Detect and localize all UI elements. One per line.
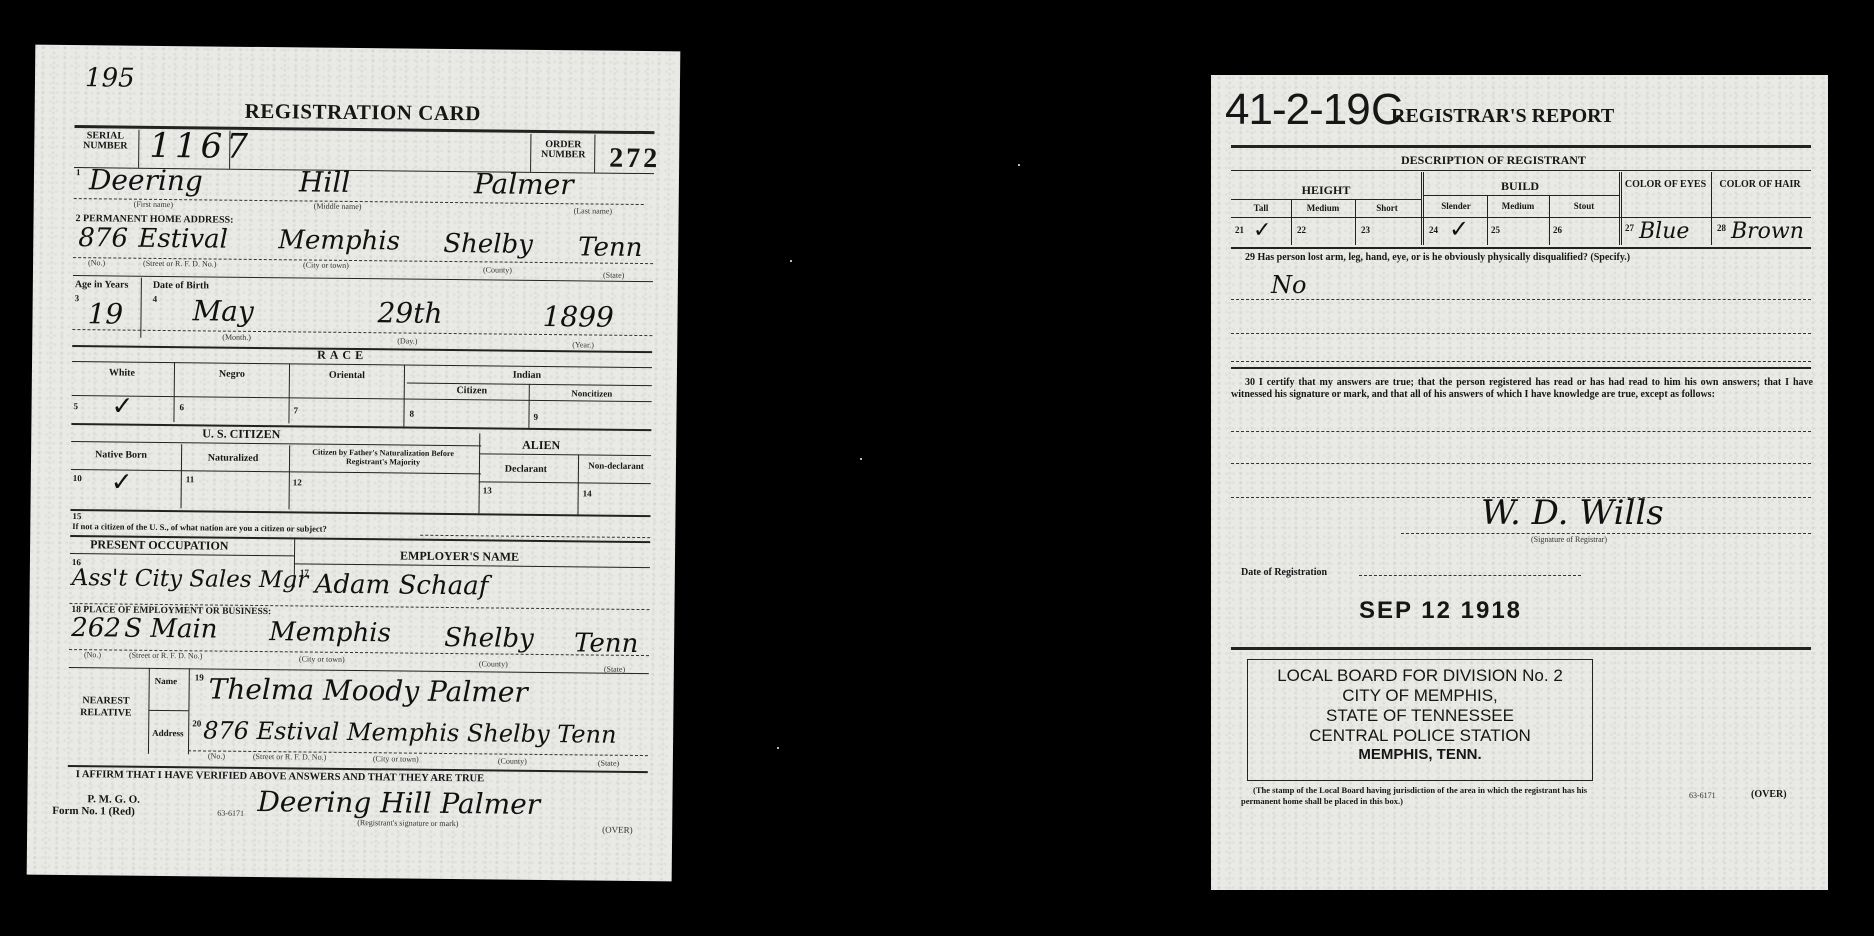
rule [1231,199,1421,200]
relative-caption-county: (County) [498,757,527,766]
home-address-state: Tenn [578,232,643,263]
occupation-value: Ass't City Sales Mgr [72,565,309,593]
birth-day-caption: (Day.) [397,336,417,345]
build-medium-label: Medium [1487,201,1549,211]
employment-caption-county: (County) [479,659,508,668]
board-stamp-box: LOCAL BOARD FOR DIVISION No. 2 CITY OF M… [1247,659,1593,781]
relative-address-label: Address [152,728,183,738]
race-indian-label: Indian [412,369,642,382]
address-caption-city: (City or town) [303,260,349,269]
form-id-line2: Form No. 1 (Red) [52,805,135,818]
registrar-report-card: 41-2-19 C REGISTRAR'S REPORT DESCRIPTION… [1211,75,1828,890]
field-number: 15 [72,511,81,521]
native-born-label: Native Born [71,449,171,461]
birth-label: Date of Birth [153,280,209,292]
rule [1231,170,1811,171]
field-number: 19 [195,672,204,682]
birth-year-caption: (Year.) [572,340,594,349]
report-title: REGISTRAR'S REPORT [1391,105,1614,128]
rule [1711,172,1712,245]
field-number: 8 [409,409,414,419]
home-address-street: Estival [138,224,228,255]
board-stamp-line: CENTRAL POLICE STATION [1248,726,1592,746]
board-stamp-line: MEMPHIS, TENN. [1248,746,1592,763]
relative-caption-no: (No.) [208,751,225,760]
height-medium-label: Medium [1291,203,1355,213]
relative-address: 876 Estival Memphis Shelby Tenn [203,716,617,748]
field-number: 21 [1235,225,1244,235]
race-indian-noncitizen-label: Noncitizen [532,388,652,399]
q29-answer: No [1271,271,1306,299]
home-address-no: 876 [78,223,128,254]
board-stamp-line: CITY OF MEMPHIS, [1248,686,1592,706]
hair-value: Brown [1731,219,1804,244]
naturalized-label: Naturalized [183,452,283,464]
height-short-label: Short [1355,203,1419,213]
field-number: 7 [293,405,298,415]
description-heading: DESCRIPTION OF REGISTRANT [1401,153,1586,168]
employment-caption-city: (City or town) [299,654,345,663]
nation-question: If not a citizen of the U. S., of what n… [72,521,327,534]
rule [1291,199,1292,245]
affirmation-text: I AFFIRM THAT I HAVE VERIFIED ABOVE ANSW… [76,769,485,784]
rule [1355,199,1356,245]
card-title: REGISTRATION CARD [245,99,481,126]
age-value: 19 [87,297,123,330]
over-label: (OVER) [602,825,633,835]
employer-value: Adam Schaaf [315,570,489,602]
build-stout-label: Stout [1551,201,1617,211]
rule [1487,195,1488,245]
rule [403,365,405,427]
height-tall-check: ✓ [1253,217,1271,243]
scan-speck [860,458,862,460]
registration-card: 195 REGISTRATION CARD SERIAL NUMBER 1167… [27,45,681,882]
native-born-check: ✓ [111,467,133,497]
employment-place-county: Shelby [444,623,534,654]
field-number: 14 [583,488,592,498]
first-name-caption: (First name) [134,200,173,209]
field-number: 26 [1553,225,1562,235]
field-number: 24 [1429,225,1438,235]
field-number: 6 [180,402,185,412]
eyes-heading: COLOR OF EYES [1623,179,1708,190]
relative-name-label: Name [155,676,178,686]
rule [530,134,531,172]
order-label: ORDER NUMBER [534,140,592,161]
rule [181,444,183,508]
rule [1231,333,1811,334]
race-oriental-label: Oriental [292,369,402,381]
address-caption-no: (No.) [88,258,105,267]
print-code: 63-6171 [217,809,244,818]
race-heading: RACE [292,347,392,363]
birth-year: 1899 [542,300,614,334]
eyes-value: Blue [1639,219,1689,244]
middle-name: Hill [299,165,351,199]
rule [1231,217,1811,218]
registrant-signature: Deering Hill Palmer [257,785,540,821]
middle-name-caption: (Middle name) [314,202,362,211]
stamp-note: (The stamp of the Local Board having jur… [1241,785,1601,807]
height-tall-label: Tall [1231,203,1291,213]
rule [70,509,650,517]
rule [1231,299,1811,300]
scan-speck [777,747,779,749]
rule [577,454,579,516]
field-number: 25 [1491,225,1500,235]
date-label: Date of Registration [1241,567,1327,578]
registration-date: SEP 12 1918 [1359,597,1522,625]
rule [1231,247,1811,249]
rule [528,384,529,428]
field-number: 23 [1361,225,1370,235]
rule [1231,463,1811,464]
rule [138,130,139,168]
birth-month: May [192,294,254,328]
field-number: 27 [1625,223,1634,233]
rule [594,135,595,173]
rule [1423,195,1619,196]
race-indian-citizen-label: Citizen [412,385,532,397]
rule [1231,431,1811,432]
employment-caption-no: (No.) [84,650,101,659]
rule [70,553,295,556]
build-slender-label: Slender [1425,201,1487,211]
rule [1231,367,1811,369]
field-number: 5 [74,401,79,411]
race-white-check: ✓ [111,391,133,421]
field-number: 20 [192,718,201,728]
employment-caption-street: (Street or R. F. D. No.) [129,651,202,661]
rule [288,363,290,423]
rule [1401,533,1811,534]
field-number: 10 [73,473,82,483]
us-citizen-heading: U. S. CITIZEN [111,425,371,443]
occupation-heading: PRESENT OCCUPATION [90,537,229,553]
fathers-naturalization-label: Citizen by Father's Naturalization Befor… [293,447,473,467]
serial-number: 1167 [149,126,252,167]
rule [1421,172,1424,245]
age-label: Age in Years [75,279,129,291]
over-label: (OVER) [1751,789,1787,800]
rule [1231,145,1811,148]
scan-speck [790,260,792,262]
field-number: 12 [293,477,302,487]
race-white-label: White [72,367,172,379]
serial-label: SERIAL NUMBER [76,131,134,152]
q30-text: 30 I certify that my answers are true; t… [1231,377,1813,401]
signature-caption: (Registrant's signature or mark) [357,818,458,828]
birth-day: 29th [377,296,442,330]
birth-month-caption: (Month.) [222,333,251,342]
field-number: 22 [1297,225,1306,235]
rule [1231,647,1811,650]
rule [420,535,650,538]
board-stamp-line: LOCAL BOARD FOR DIVISION No. 2 [1248,666,1592,686]
last-name-caption: (Last name) [574,206,613,215]
field-number: 17 [300,567,309,577]
registrar-signature: W. D. Wills [1481,493,1664,533]
race-negro-label: Negro [177,368,287,380]
rule [1549,195,1550,245]
corner-number: 195 [85,63,135,94]
employment-place-city: Memphis [269,617,391,648]
form-id-line1: P. M. G. O. [87,793,140,806]
field-number: 9 [533,412,538,422]
field-number: 1 [76,167,81,177]
build-heading: BUILD [1425,179,1615,194]
height-heading: HEIGHT [1231,183,1421,198]
rule [479,481,651,484]
order-number: 272 [609,143,660,176]
registrar-signature-caption: (Signature of Registrar) [1531,535,1607,544]
board-stamp-line: STATE OF TENNESSEE [1248,706,1592,726]
rule [1231,361,1811,362]
relative-caption-city: (City or town) [373,754,419,763]
relative-name: Thelma Moody Palmer [208,672,527,708]
employer-heading: EMPLOYER'S NAME [400,548,519,564]
build-slender-check: ✓ [1449,215,1469,244]
employment-place-street: S Main [124,614,218,645]
home-address-city: Memphis [278,225,400,256]
field-number: 13 [483,485,492,495]
nearest-relative-label: NEAREST RELATIVE [68,695,143,720]
relative-caption-street: (Street or R. F. D. No.) [253,752,326,762]
rule [148,710,188,711]
field-number: 28 [1717,223,1726,233]
field-number: 11 [186,474,195,484]
address-caption-state: (State) [603,271,624,280]
address-caption-county: (County) [483,265,512,274]
non-declarant-label: Non-declarant [581,460,651,471]
declarant-label: Declarant [481,463,571,475]
stamp-number: 41-2-19 [1225,85,1370,135]
scan-speck [1018,164,1020,166]
last-name: Palmer [474,167,574,201]
print-code: 63-6171 [1689,791,1716,800]
address-caption-street: (Street or R. F. D. No.) [143,259,216,269]
hair-heading: COLOR OF HAIR [1715,179,1805,190]
rule [69,667,649,674]
rule [1619,172,1622,245]
field-number: 3 [75,293,80,303]
relative-caption-state: (State) [598,759,619,768]
rule [173,362,175,422]
field-number: 4 [153,294,158,304]
first-name: Deering [89,163,203,197]
q29-text: 29 Has person lost arm, leg, hand, eye, … [1231,251,1811,264]
home-address-county: Shelby [443,229,533,260]
rule [1359,575,1581,576]
rule [289,445,291,509]
employment-place-no: 262 [71,613,121,644]
